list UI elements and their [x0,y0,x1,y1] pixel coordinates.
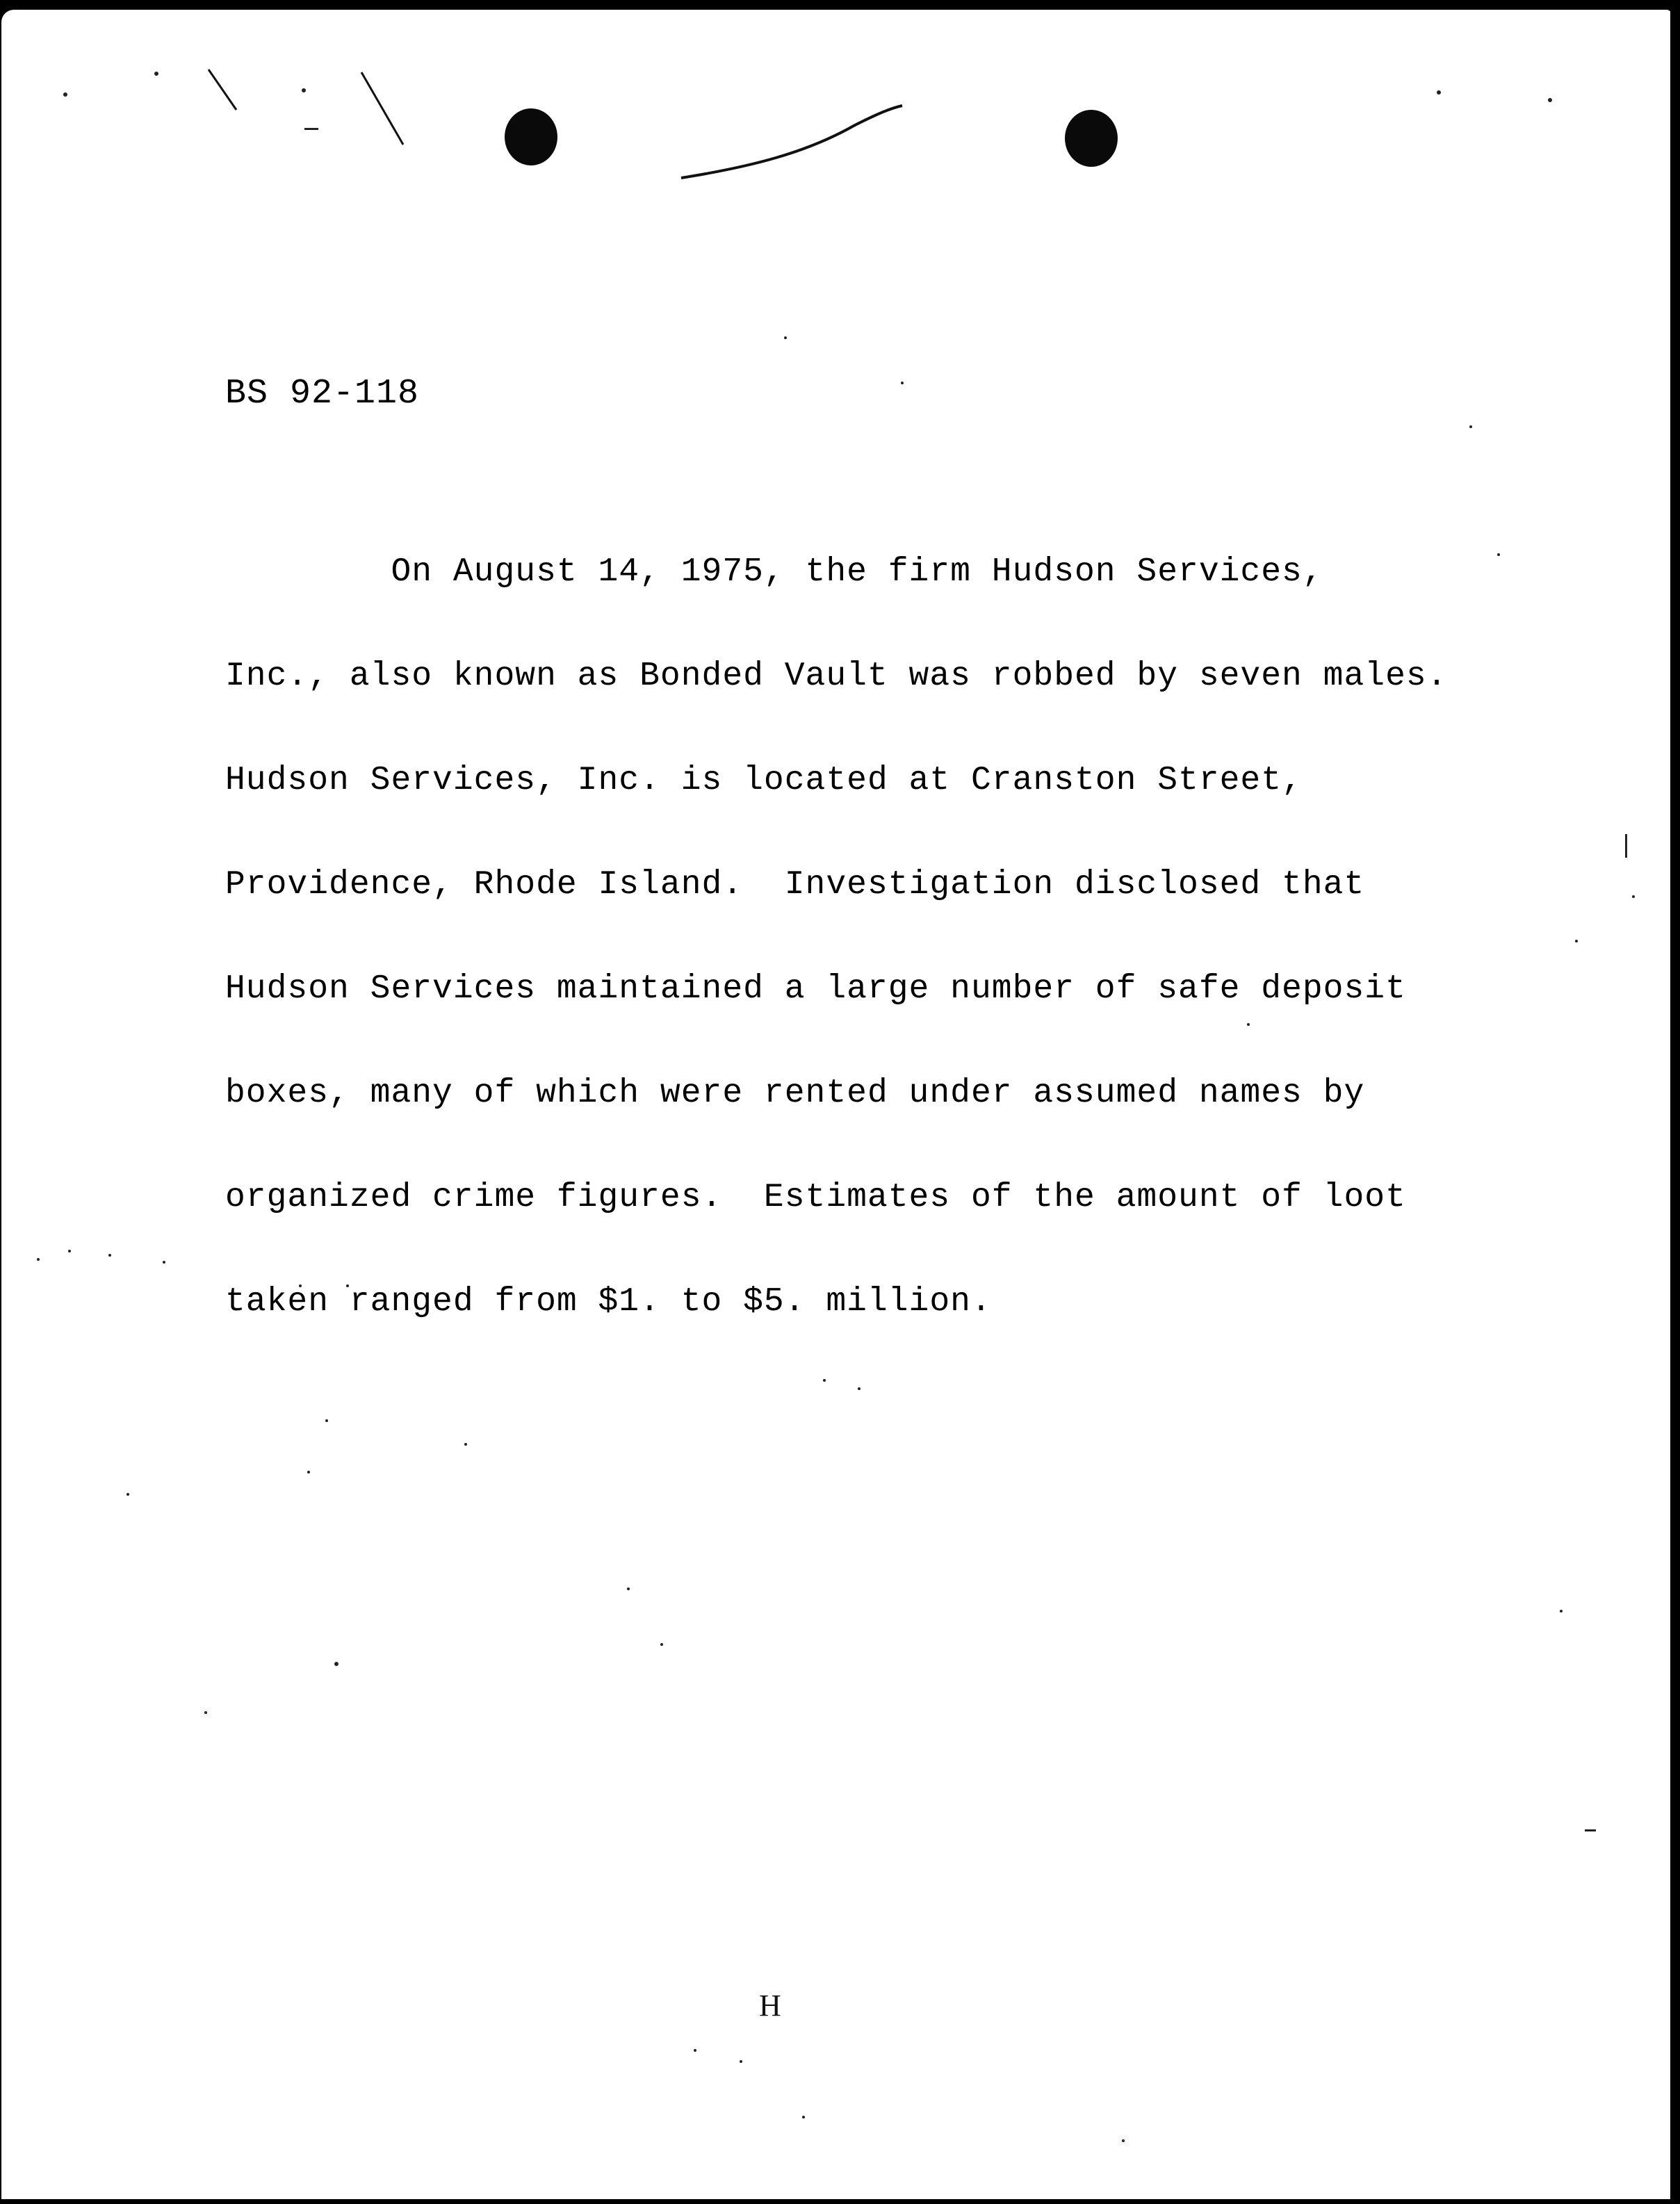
punch-hole-left [505,108,557,165]
paragraph-line: organized crime figures. Estimates of th… [225,1180,1447,1215]
paragraph-line: On August 14, 1975, the firm Hudson Serv… [225,555,1447,589]
paragraph-line: Hudson Services maintained a large numbe… [225,972,1447,1006]
punch-hole-right [1065,110,1118,167]
paragraph-line: Hudson Services, Inc. is located at Cran… [225,763,1447,798]
paragraph-line: boxes, many of which were rented under a… [225,1076,1447,1111]
scan-border-right [1670,0,1680,2204]
page-marker: H [759,1988,781,2023]
document-page: BS 92-118 On August 14, 1975, the firm H… [1,10,1671,2199]
paragraph-line: Providence, Rhode Island. Investigation … [225,867,1447,902]
body-paragraph: On August 14, 1975, the firm Hudson Serv… [225,485,1447,1389]
paragraph-line: Inc., also known as Bonded Vault was rob… [225,659,1447,694]
paragraph-line: taken ranged from $1. to $5. million. [225,1284,1447,1319]
file-number: BS 92-118 [225,377,419,411]
